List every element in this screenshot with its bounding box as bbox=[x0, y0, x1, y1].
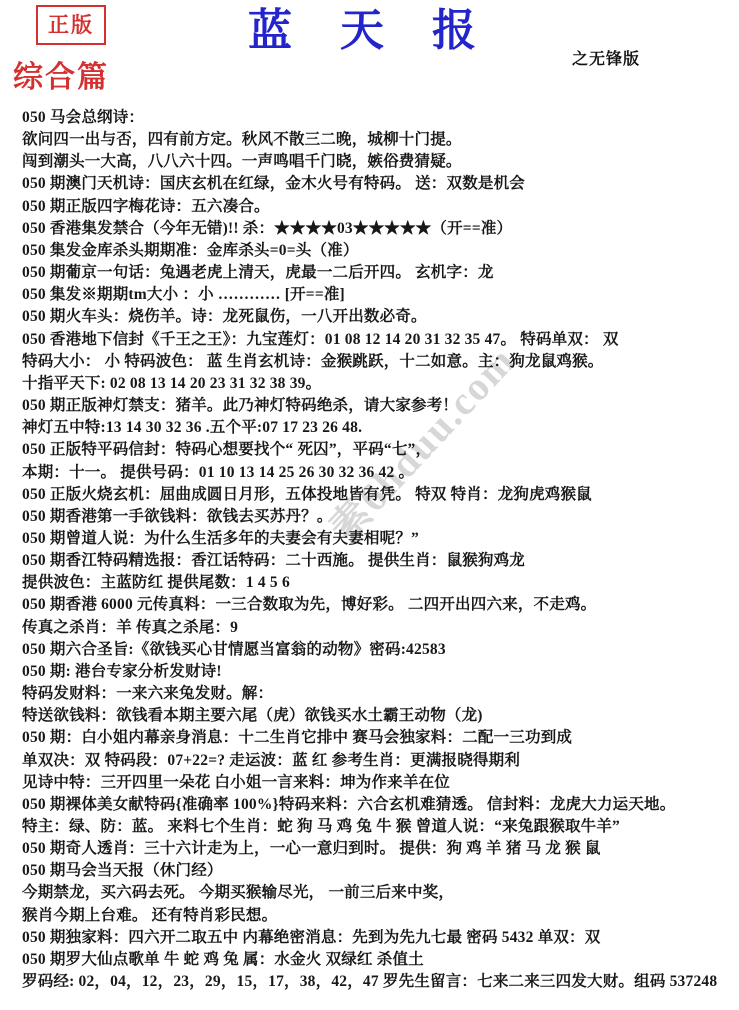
text-line-6: 050 香港集发禁合（今年无错)!! 杀：★★★★03★★★★★（开==准） bbox=[22, 218, 739, 240]
text-line-5: 050 期正版四字梅花诗：五六凑合。 bbox=[22, 196, 739, 218]
text-line-12: 特码大小： 小 特码波色： 蓝 生肖玄机诗：金猴跳跃，十二如意。主：狗龙鼠鸡猴。 bbox=[22, 351, 739, 373]
text-line-35: 050 期马会当天报（休门经） bbox=[22, 860, 739, 882]
body-lines: 050 马会总纲诗：欲问四一出与否，四有前方定。秋风不散三二晚，城柳十门提。闯到… bbox=[22, 107, 739, 993]
section-title: 综合篇 bbox=[13, 52, 109, 96]
edition-label: 之无锋版 bbox=[572, 46, 640, 69]
text-line-13: 十指平天下: 02 08 13 14 20 23 31 32 38 39。 bbox=[22, 373, 739, 395]
report-page: 正版 蓝 天 报 之无锋版 综合篇 素6hduu.com 050 马会总纲诗：欲… bbox=[0, 0, 739, 1010]
text-line-26: 050 期: 港台专家分析发财诗! bbox=[22, 661, 739, 683]
text-line-33: 特主：绿、防：蓝。 来料七个生肖：蛇 狗 马 鸡 兔 牛 猴 曾道人说：“来兔跟… bbox=[22, 816, 739, 838]
text-line-29: 050 期：白小姐内幕亲身消息：十二生肖它排中 赛马会独家料：二配一三功到成 bbox=[22, 727, 739, 749]
page-title: 蓝 天 报 bbox=[248, 0, 478, 58]
text-line-19: 050 期香港第一手欲钱料：欲钱去买苏丹？。 bbox=[22, 506, 739, 528]
text-line-22: 提供波色：主蓝防红 提供尾数：1 4 5 6 bbox=[22, 572, 739, 594]
text-line-9: 050 集发※期期tm大小 ：小 ………… [开==准] bbox=[22, 284, 739, 306]
text-line-38: 050 期独家料：四六开二取五中 内幕绝密消息：先到为先九七最 密码 5432 … bbox=[22, 927, 739, 949]
text-line-28: 特送欲钱料：欲钱看本期主要六尾（虎）欲钱买水土霸王动物（龙) bbox=[22, 705, 739, 727]
text-line-8: 050 期葡京一句话：兔遇老虎上清天，虎最一二后开四。 玄机字：龙 bbox=[22, 262, 739, 284]
authentic-badge: 正版 bbox=[36, 5, 106, 45]
text-line-3: 闯到潮头一大高，八八六十四。一声鸣唱千门晓，嫉俗费猜疑。 bbox=[22, 151, 739, 173]
text-line-40: 罗码经: 02，04，12，23，29，15，17，38，42，47 罗先生留言… bbox=[22, 971, 739, 993]
text-line-31: 见诗中特：三开四里一朵花 白小姐一言来料：坤为作来羊在位 bbox=[22, 772, 739, 794]
text-line-2: 欲问四一出与否，四有前方定。秋风不散三二晚，城柳十门提。 bbox=[22, 129, 739, 151]
text-line-27: 特码发财料：一来六来兔发财。解： bbox=[22, 683, 739, 705]
text-line-37: 猴肖今期上台难。 还有特肖彩民想。 bbox=[22, 905, 739, 927]
text-line-14: 050 期正版神灯禁支：猪羊。此乃神灯特码绝杀，请大家参考！ bbox=[22, 395, 739, 417]
text-line-23: 050 期香港 6000 元传真料：一三合数取为先，博好彩。 二四开出四六来，不… bbox=[22, 594, 739, 616]
text-line-34: 050 期奇人透肖：三十六计走为上，一心一意归到时。 提供：狗 鸡 羊 猪 马 … bbox=[22, 838, 739, 860]
text-line-24: 传真之杀肖：羊 传真之杀尾：9 bbox=[22, 617, 739, 639]
text-line-36: 今期禁龙，买六码去死。 今期买猴输尽光， 一前三后来中奖， bbox=[22, 882, 739, 904]
text-line-10: 050 期火车头：烧伤羊。诗：龙死鼠伤，一八开出数必奇。 bbox=[22, 306, 739, 328]
text-line-16: 050 正版特平码信封：特码心想要找个“ 死囚”，平码“七”， bbox=[22, 439, 739, 461]
text-line-1: 050 马会总纲诗： bbox=[22, 107, 739, 129]
text-line-17: 本期：十一。 提供号码：01 10 13 14 25 26 30 32 36 4… bbox=[22, 462, 739, 484]
text-line-11: 050 香港地下信封《千王之王》：九宝莲灯：01 08 12 14 20 31 … bbox=[22, 329, 739, 351]
text-line-21: 050 期香江特码精选报：香江话特码：二十西施。 提供生肖：鼠猴狗鸡龙 bbox=[22, 550, 739, 572]
text-line-15: 神灯五中特:13 14 30 32 36 .五个平:07 17 23 26 48… bbox=[22, 417, 739, 439]
text-line-7: 050 集发金库杀头期期准：金库杀头=0=头（准） bbox=[22, 240, 739, 262]
text-line-18: 050 正版火烧玄机：屈曲成圆日月形，五体投地皆有凭。 特双 特肖：龙狗虎鸡猴鼠 bbox=[22, 484, 739, 506]
text-line-39: 050 期罗大仙点歌单 牛 蛇 鸡 兔 属：水金火 双绿红 杀值土 bbox=[22, 949, 739, 971]
text-line-30: 单双决：双 特码段：07+22=? 走运波：蓝 红 参考生肖：更满报晓得期利 bbox=[22, 750, 739, 772]
text-line-25: 050 期六合圣旨:《欲钱买心甘情愿当富翁的动物》密码:42583 bbox=[22, 639, 739, 661]
text-line-32: 050 期裸体美女献特码{准确率 100%}特码来料：六合玄机难猜透。 信封料：… bbox=[22, 794, 739, 816]
text-line-20: 050 期曾道人说：为什么生活多年的夫妻会有夫妻相呢？” bbox=[22, 528, 739, 550]
text-line-4: 050 期澳门天机诗：国庆玄机在红绿，金木火号有特码。 送：双数是机会 bbox=[22, 173, 739, 195]
